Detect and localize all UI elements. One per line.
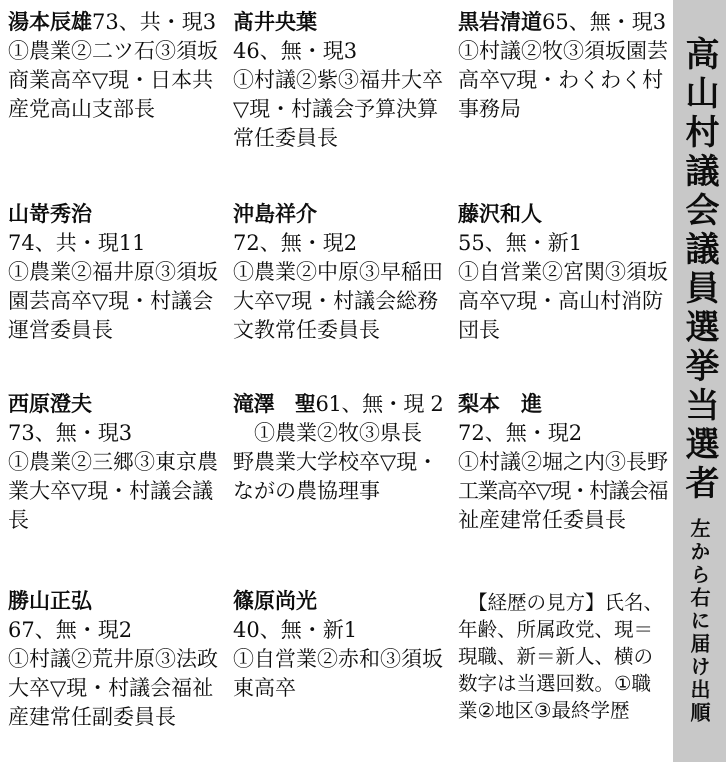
headline-subtitle: 左から右に届け出順 — [687, 518, 711, 725]
candidate-profile-line: 商業高卒▽現・日本共 — [8, 66, 221, 95]
candidate-profile-line: ①農業②牧③県長 — [233, 419, 446, 448]
candidate-profile-line: ①農業②中原③早稲田 — [233, 258, 446, 287]
candidate-name-line: 髙井央葉 — [233, 8, 446, 37]
candidate-profile-line: 運営委員長 — [8, 316, 221, 345]
candidate-profile-line: 73、無・現3 — [8, 419, 221, 448]
legend-line: 年齢、所属政党、現＝ — [458, 616, 669, 643]
candidate-cell: 篠原尚光40、無・新1①自営業②赤和③須坂東高卒 — [225, 579, 450, 762]
candidate-name-line: 篠原尚光 — [233, 587, 446, 616]
candidate-name: 篠原尚光 — [233, 589, 317, 613]
legend-line: 現職、新＝新人、横の — [458, 643, 669, 670]
results-grid: 湯本辰雄73、共・現3①農業②二ツ石③須坂商業高卒▽現・日本共産党高山支部長髙井… — [0, 0, 673, 762]
candidate-profile-line: 団長 — [458, 316, 669, 345]
headline-sidebar: 高山村議会議員選挙当選者左から右に届け出順 — [673, 0, 726, 762]
legend-note: 【経歴の見方】氏名、年齢、所属政党、現＝現職、新＝新人、横の数字は当選回数。①職… — [450, 579, 673, 762]
candidate-name: 勝山正弘 — [8, 589, 92, 613]
candidate-profile-line: 高卒▽現・高山村消防 — [458, 287, 669, 316]
candidate-name-line: 西原澄夫 — [8, 390, 221, 419]
candidate-profile-line: 業大卒▽現・村議会議 — [8, 477, 221, 506]
candidate-name-line: 勝山正弘 — [8, 587, 221, 616]
candidate-profile-line: ①村議②紫③福井大卒 — [233, 66, 446, 95]
candidate-name: 黒岩清道 — [458, 10, 542, 34]
candidate-profile-line: ①村議②牧③須坂園芸 — [458, 37, 669, 66]
candidate-profile-line: 産党高山支部長 — [8, 95, 221, 124]
candidate-name-line: 梨本 進 — [458, 390, 669, 419]
candidate-profile-line: 東高卒 — [233, 674, 446, 703]
candidate-name: 山嵜秀治 — [8, 202, 92, 226]
candidate-age-party: 61、無・現 2 — [316, 392, 444, 416]
candidate-name: 藤沢和人 — [458, 202, 542, 226]
candidate-profile-line: 長 — [8, 506, 221, 535]
candidate-profile-line: 園芸高卒▽現・村議会 — [8, 287, 221, 316]
candidate-profile-line: 高卒▽現・わくわく村 — [458, 66, 669, 95]
candidate-cell: 滝澤 聖61、無・現 2 ①農業②牧③県長野農業大学校卒▽現・ながの農協理事 — [225, 382, 450, 579]
candidate-name-line: 沖島祥介 — [233, 200, 446, 229]
candidate-profile-line: ①農業②福井原③須坂 — [8, 258, 221, 287]
candidate-name-line: 藤沢和人 — [458, 200, 669, 229]
candidate-profile-line: ①村議②堀之内③長野 — [458, 448, 669, 477]
candidate-profile-line: 野農業大学校卒▽現・ — [233, 448, 446, 477]
candidate-profile-line: 工業高卒▽現・村議会福 — [458, 477, 669, 506]
candidate-cell: 湯本辰雄73、共・現3①農業②二ツ石③須坂商業高卒▽現・日本共産党高山支部長 — [0, 0, 225, 192]
newspaper-clipping: 湯本辰雄73、共・現3①農業②二ツ石③須坂商業高卒▽現・日本共産党高山支部長髙井… — [0, 0, 726, 762]
candidate-cell: 黒岩清道65、無・現3①村議②牧③須坂園芸高卒▽現・わくわく村事務局 — [450, 0, 673, 192]
candidate-cell: 西原澄夫73、無・現3①農業②三郷③東京農業大卒▽現・村議会議長 — [0, 382, 225, 579]
candidate-profile-line: 常任委員長 — [233, 124, 446, 153]
candidate-cell: 山嵜秀治74、共・現11①農業②福井原③須坂園芸高卒▽現・村議会運営委員長 — [0, 192, 225, 382]
candidate-cell: 梨本 進72、無・現2①村議②堀之内③長野工業高卒▽現・村議会福祉産建常任委員長 — [450, 382, 673, 579]
candidate-name: 髙井央葉 — [233, 10, 317, 34]
legend-line: 業②地区③最終学歴 — [458, 697, 669, 724]
candidate-profile-line: ①村議②荒井原③法政 — [8, 645, 221, 674]
candidate-profile-line: 46、無・現3 — [233, 37, 446, 66]
candidate-profile-line: 67、無・現2 — [8, 616, 221, 645]
candidate-age-party: 65、無・現3 — [542, 10, 666, 34]
candidate-name: 梨本 進 — [458, 392, 542, 416]
candidate-profile-line: 事務局 — [458, 95, 669, 124]
candidate-cell: 勝山正弘67、無・現2①村議②荒井原③法政大卒▽現・村議会福祉産建常任副委員長 — [0, 579, 225, 762]
candidate-profile-line: ①自営業②宮関③須坂 — [458, 258, 669, 287]
candidate-profile-line: 55、無・新1 — [458, 229, 669, 258]
candidate-profile-line: 産建常任副委員長 — [8, 703, 221, 732]
candidate-profile-line: ①自営業②赤和③須坂 — [233, 645, 446, 674]
candidate-profile-line: 72、無・現2 — [233, 229, 446, 258]
candidate-name-line: 滝澤 聖61、無・現 2 — [233, 390, 446, 419]
candidate-profile-line: 72、無・現2 — [458, 419, 669, 448]
candidate-profile-line: ながの農協理事 — [233, 477, 446, 506]
legend-line: 【経歴の見方】氏名、 — [458, 589, 669, 616]
candidate-name: 西原澄夫 — [8, 392, 92, 416]
candidate-cell: 藤沢和人55、無・新1①自営業②宮関③須坂高卒▽現・高山村消防団長 — [450, 192, 673, 382]
candidate-profile-line: 大卒▽現・村議会福祉 — [8, 674, 221, 703]
candidate-cell: 沖島祥介72、無・現2①農業②中原③早稲田大卒▽現・村議会総務文教常任委員長 — [225, 192, 450, 382]
candidate-name-line: 黒岩清道65、無・現3 — [458, 8, 669, 37]
candidate-name: 沖島祥介 — [233, 202, 317, 226]
candidate-profile-line: 40、無・新1 — [233, 616, 446, 645]
headline-title: 高山村議会議員選挙当選者 — [679, 36, 719, 504]
candidate-name-line: 山嵜秀治 — [8, 200, 221, 229]
candidate-profile-line: ▽現・村議会予算決算 — [233, 95, 446, 124]
candidate-name: 湯本辰雄 — [8, 10, 92, 34]
candidate-cell: 髙井央葉46、無・現3①村議②紫③福井大卒▽現・村議会予算決算常任委員長 — [225, 0, 450, 192]
candidate-age-party: 73、共・現3 — [92, 10, 216, 34]
candidate-profile-line: 祉産建常任委員長 — [458, 506, 669, 535]
legend-line: 数字は当選回数。①職 — [458, 670, 669, 697]
candidate-profile-line: ①農業②二ツ石③須坂 — [8, 37, 221, 66]
candidate-profile-line: ①農業②三郷③東京農 — [8, 448, 221, 477]
candidate-profile-line: 大卒▽現・村議会総務 — [233, 287, 446, 316]
candidate-profile-line: 74、共・現11 — [8, 229, 221, 258]
candidate-name: 滝澤 聖 — [233, 392, 316, 416]
candidate-profile-line: 文教常任委員長 — [233, 316, 446, 345]
candidate-name-line: 湯本辰雄73、共・現3 — [8, 8, 221, 37]
